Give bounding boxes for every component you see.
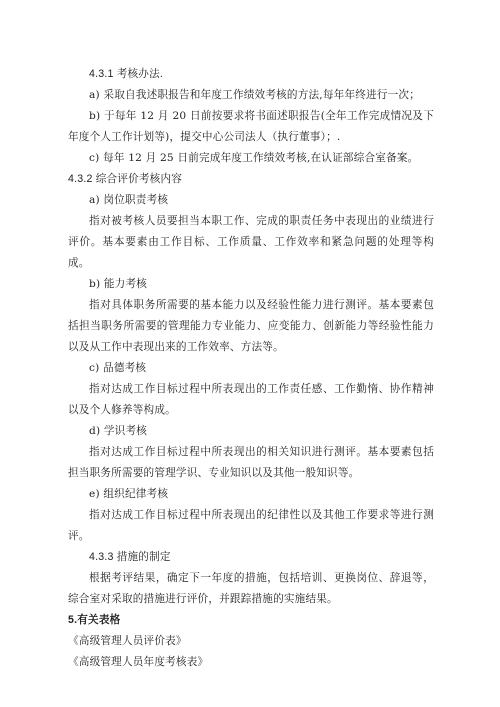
item-4-3-1-b: b) 于每年 12 月 20 日前按要求将书面述职报告(全年工作完成情况及下年度… xyxy=(68,106,434,148)
form-item-evaluation: 《高级管理人员评价表》 xyxy=(68,631,434,652)
item-text-d: 指对达成工作目标过程中所表现出的相关知识进行测评。基本要素包括担当职务所需要的管… xyxy=(68,442,434,484)
item-4-3-1-a: a) 采取自我述职报告和年度工作绩效考核的方法,每年年终进行一次； xyxy=(68,85,434,106)
item-title-e: e) 组织纪律考核 xyxy=(68,484,434,505)
section-heading-4-3-3: 4.3.3 措施的制定 xyxy=(68,547,434,568)
item-title-a: a) 岗位职责考核 xyxy=(68,190,434,211)
item-4-3-1-c: c) 每年 12 月 25 日前完成年度工作绩效考核,在认证部综合室备案。 xyxy=(68,148,434,169)
item-text-b: 指对具体职务所需要的基本能力以及经验性能力进行测评。基本要素包括担当职务所需要的… xyxy=(68,295,434,358)
section-heading-4-3-1: 4.3.1 考核办法. xyxy=(68,64,434,85)
section-text-4-3-3: 根据考评结果，确定下一年度的措施，包括培训、更换岗位、辞退等，综合室对采取的措施… xyxy=(68,568,434,610)
section-heading-5: 5.有关表格 xyxy=(68,610,434,631)
document-page: 4.3.1 考核办法. a) 采取自我述职报告和年度工作绩效考核的方法,每年年终… xyxy=(0,0,500,707)
item-title-d: d) 学识考核 xyxy=(68,421,434,442)
item-text-a: 指对被考核人员要担当本职工作、完成的职责任务中表现出的业绩进行评价。基本要素由工… xyxy=(68,211,434,274)
section-heading-4-3-2: 4.3.2 综合评价考核内容 xyxy=(68,169,434,190)
item-text-e: 指对达成工作目标过程中所表现出的纪律性以及其他工作要求等进行测评。 xyxy=(68,505,434,547)
item-title-c: c) 品德考核 xyxy=(68,358,434,379)
item-text-c: 指对达成工作目标过程中所表现出的工作责任感、工作勤惰、协作精神以及个人修养等构成… xyxy=(68,379,434,421)
item-title-b: b) 能力考核 xyxy=(68,274,434,295)
form-item-annual-assessment: 《高级管理人员年度考核表》 xyxy=(68,652,434,673)
document-body: 4.3.1 考核办法. a) 采取自我述职报告和年度工作绩效考核的方法,每年年终… xyxy=(68,64,434,673)
